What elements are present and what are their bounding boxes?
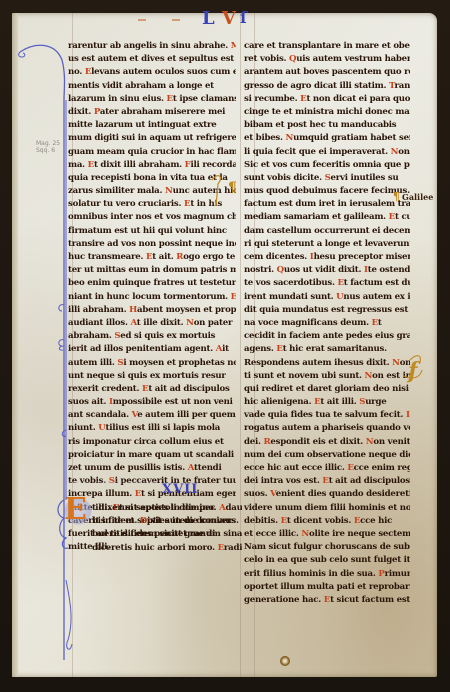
pen-flourish <box>0 0 450 692</box>
wormhole-damage <box>280 656 290 666</box>
